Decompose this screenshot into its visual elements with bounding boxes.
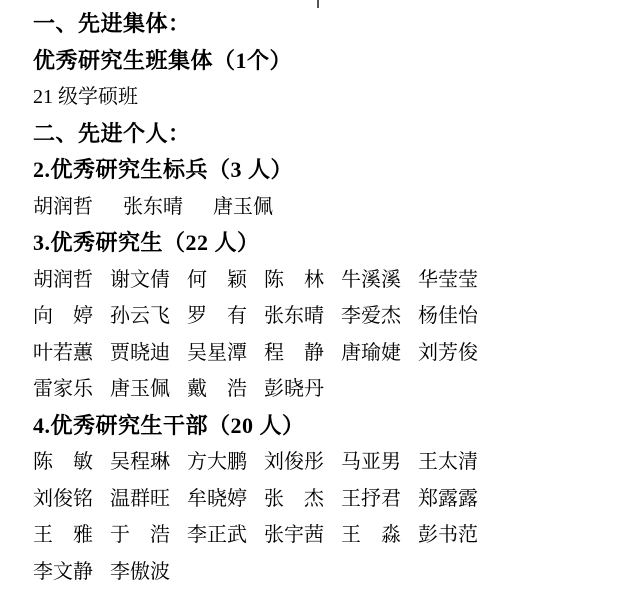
person-name: 牛溪溪 <box>341 262 403 299</box>
person-name: 张东晴 <box>123 189 185 226</box>
person-name: 罗 有 <box>187 298 249 335</box>
person-name: 胡润哲 <box>33 262 95 299</box>
person-name: 何 颖 <box>187 262 249 299</box>
person-name: 刘俊铭 <box>33 481 95 518</box>
name-list-row: 胡润哲 谢文倩 何 颖 陈 林 牛溪溪 华莹莹 <box>33 262 619 299</box>
person-name: 孙云飞 <box>110 298 172 335</box>
person-name: 贾晓迪 <box>110 335 172 372</box>
class-name: 21 级学硕班 <box>33 79 619 116</box>
person-name: 彭晓丹 <box>264 371 326 408</box>
person-name: 杨佳怡 <box>418 298 480 335</box>
person-name: 温群旺 <box>110 481 172 518</box>
name-list-row: 陈 敏 吴程琳 方大鹏 刘俊彤 马亚男 王太清 <box>33 444 619 481</box>
person-name: 张宇茜 <box>264 517 326 554</box>
award-document: 一、先进集体： 优秀研究生班集体（1个） 21 级学硕班 二、先进个人： 2.优… <box>33 6 619 590</box>
person-name: 彭书范 <box>418 517 480 554</box>
award-heading-pacesetter: 2.优秀研究生标兵（3 人） <box>33 152 619 189</box>
person-name: 李文静 <box>33 554 95 591</box>
person-name: 郑露露 <box>418 481 480 518</box>
award-heading-excellent-cadre: 4.优秀研究生干部（20 人） <box>33 408 619 445</box>
person-name: 李傲波 <box>110 554 172 591</box>
name-list-row: 向 婷 孙云飞 罗 有 张东晴 李爱杰 杨佳怡 <box>33 298 619 335</box>
person-name: 王 淼 <box>341 517 403 554</box>
person-name: 方大鹏 <box>187 444 249 481</box>
person-name: 王太清 <box>418 444 480 481</box>
person-name: 吴程琳 <box>110 444 172 481</box>
person-name: 谢文倩 <box>110 262 172 299</box>
person-name: 张东晴 <box>264 298 326 335</box>
person-name: 程 静 <box>264 335 326 372</box>
person-name: 李正武 <box>187 517 249 554</box>
person-name: 唐玉佩 <box>213 189 275 226</box>
person-name: 唐玉佩 <box>110 371 172 408</box>
person-name: 向 婷 <box>33 298 95 335</box>
person-name: 唐瑜婕 <box>341 335 403 372</box>
person-name: 胡润哲 <box>33 189 95 226</box>
person-name: 雷家乐 <box>33 371 95 408</box>
person-name: 牟晓婷 <box>187 481 249 518</box>
name-list-row: 叶若蕙 贾晓迪 吴星潭 程 静 唐瑜婕 刘芳俊 <box>33 335 619 372</box>
person-name: 刘芳俊 <box>418 335 480 372</box>
person-name: 于 浩 <box>110 517 172 554</box>
name-list-row: 刘俊铭 温群旺 牟晓婷 张 杰 王抒君 郑露露 <box>33 481 619 518</box>
person-name: 陈 敏 <box>33 444 95 481</box>
person-name: 马亚男 <box>341 444 403 481</box>
person-name: 王抒君 <box>341 481 403 518</box>
award-heading-excellent-graduate: 3.优秀研究生（22 人） <box>33 225 619 262</box>
person-name: 华莹莹 <box>418 262 480 299</box>
person-name: 戴 浩 <box>187 371 249 408</box>
section-heading-advanced-individuals: 二、先进个人： <box>33 116 619 153</box>
person-name: 刘俊彤 <box>264 444 326 481</box>
person-name: 陈 林 <box>264 262 326 299</box>
award-heading-excellent-class: 优秀研究生班集体（1个） <box>33 43 619 80</box>
name-list-row: 李文静 李傲波 <box>33 554 619 591</box>
person-name: 吴星潭 <box>187 335 249 372</box>
name-list-row: 王 雅 于 浩 李正武 张宇茜 王 淼 彭书范 <box>33 517 619 554</box>
name-list-row: 雷家乐 唐玉佩 戴 浩 彭晓丹 <box>33 371 619 408</box>
name-list-row: 胡润哲 张东晴 唐玉佩 <box>33 189 619 226</box>
section-heading-advanced-collectives: 一、先进集体： <box>33 6 619 43</box>
person-name: 李爱杰 <box>341 298 403 335</box>
person-name: 张 杰 <box>264 481 326 518</box>
person-name: 叶若蕙 <box>33 335 95 372</box>
person-name: 王 雅 <box>33 517 95 554</box>
